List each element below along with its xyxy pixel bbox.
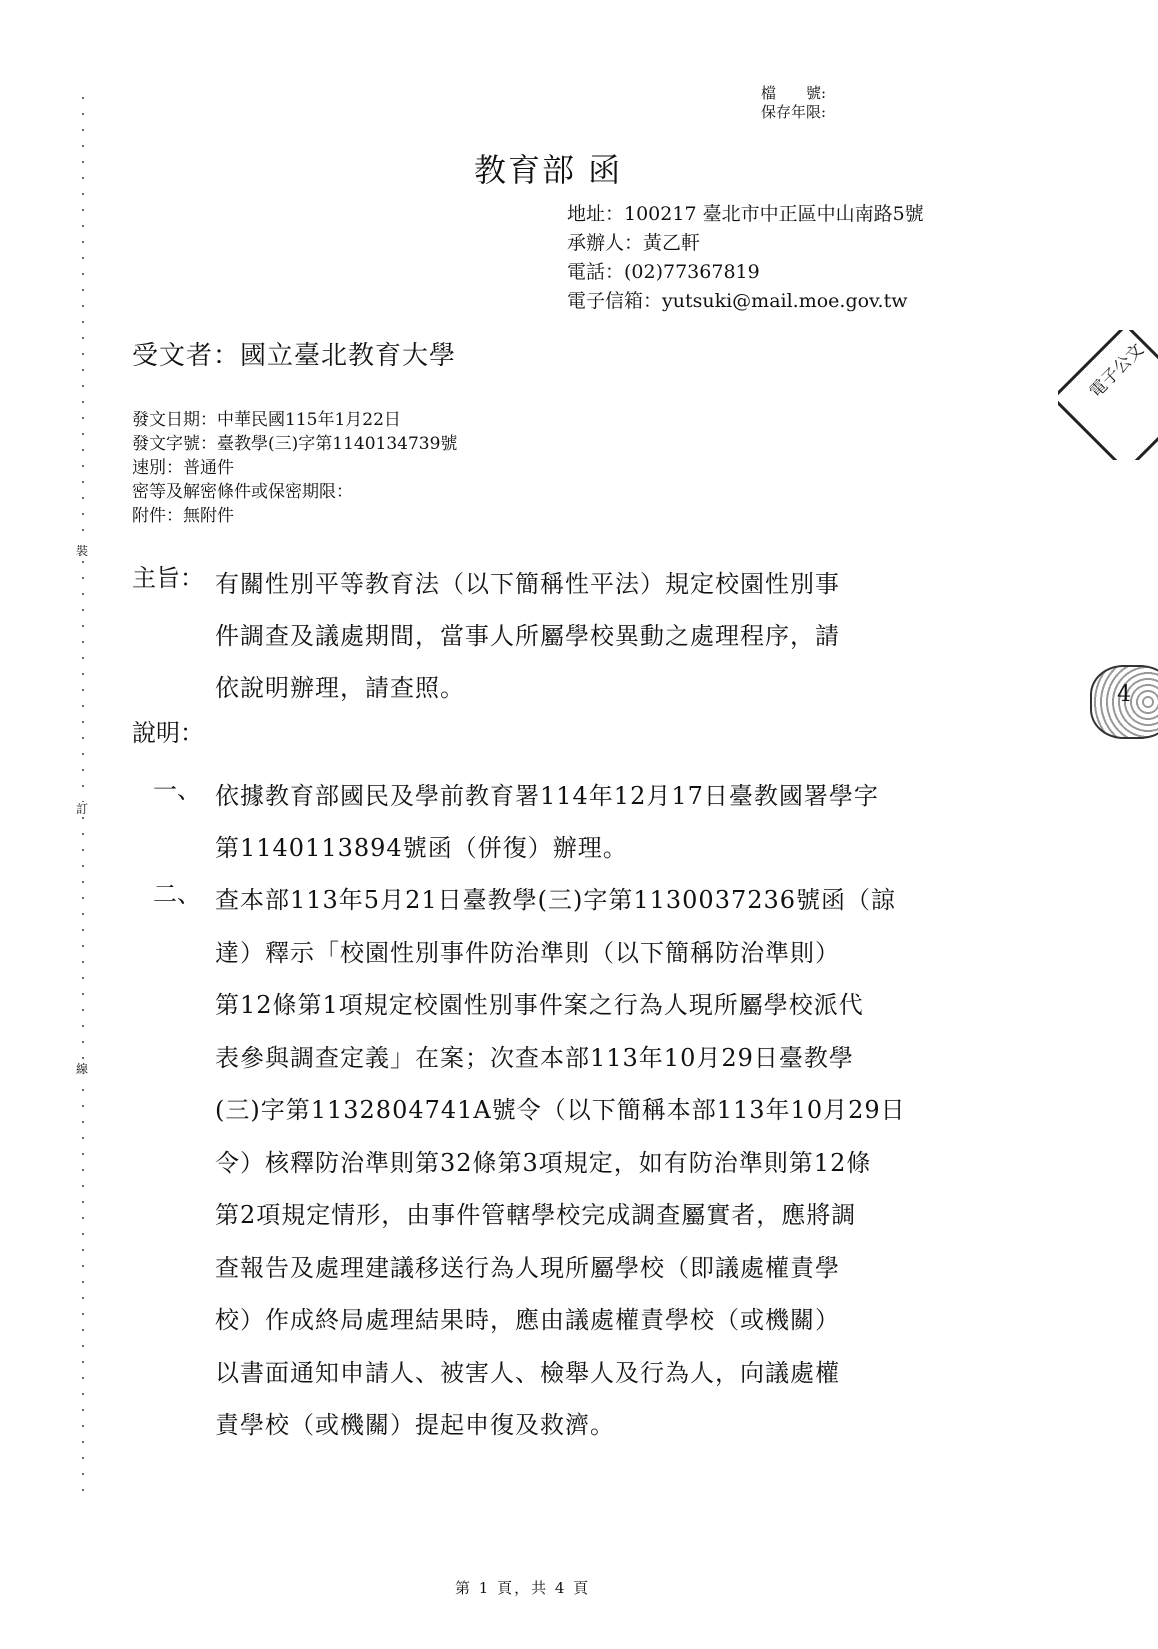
item-line: 第12條第1項規定校園性別事件案之行為人現所屬學校派代 [215, 979, 906, 1032]
archive-number-label: 檔 號: [761, 84, 826, 103]
item-line: 表參與調查定義」在案；次查本部113年10月29日臺教學 [215, 1032, 906, 1085]
item-line: 令）核釋防治準則第32條第3項規定，如有防治準則第12條 [215, 1137, 906, 1190]
item-line: 查報告及處理建議移送行為人現所屬學校（即議處權責學 [215, 1242, 906, 1295]
officer: 承辦人：黃乙軒 [567, 229, 924, 258]
explanation-item-2: 查本部113年5月21日臺教學(三)字第1130037236號函（諒 達）釋示「… [215, 874, 906, 1452]
item-line: 查本部113年5月21日臺教學(三)字第1130037236號函（諒 [215, 874, 906, 927]
page-footer: 第 1 頁，共 4 頁 [455, 1577, 590, 1598]
page-seal: 4 [1085, 660, 1158, 740]
item-line: 責學校（或機關）提起申復及救濟。 [215, 1399, 906, 1452]
recipient: 受文者：國立臺北教育大學 [132, 335, 456, 372]
item-line: 第1140113894號函（併復）辦理。 [215, 822, 879, 874]
item-line: 達）釋示「校園性別事件防治準則（以下簡稱防治準則） [215, 927, 906, 980]
subject-line: 依說明辦理，請查照。 [215, 662, 840, 714]
phone: 電話：(02)77367819 [567, 258, 924, 287]
document-number: 發文字號：臺教學(三)字第1140134739號 [132, 432, 457, 456]
item-number: 一、 [153, 770, 201, 805]
subject-line: 有關性別平等教育法（以下簡稱性平法）規定校園性別事 [215, 558, 840, 610]
speed-category: 速別：普通件 [132, 456, 457, 480]
item-line: 第2項規定情形，由事件管轄學校完成調查屬實者，應將調 [215, 1189, 906, 1242]
seal-number: 4 [1117, 682, 1131, 707]
email: 電子信箱：yutsuki@mail.moe.gov.tw [567, 287, 924, 316]
binding-mark-xian: 線 [76, 1062, 88, 1076]
item-line: 以書面通知申請人、被害人、檢舉人及行為人，向議處權 [215, 1347, 906, 1400]
item-line: (三)字第1132804741A號令（以下簡稱本部113年10月29日 [215, 1084, 906, 1137]
binding-mark-zhuang: 裝 [76, 544, 88, 558]
attachment: 附件：無附件 [132, 504, 457, 528]
subject-line: 件調查及議處期間，當事人所屬學校異動之處理程序，請 [215, 610, 840, 662]
document-title: 教育部 函 [474, 145, 622, 191]
address: 地址：100217 臺北市中正區中山南路5號 [567, 200, 924, 229]
explanation-item-1: 依據教育部國民及學前教育署114年12月17日臺教國署學字 第114011389… [215, 770, 879, 874]
document-meta: 發文日期：中華民國115年1月22日 發文字號：臺教學(三)字第11401347… [132, 408, 457, 528]
binding-dotted-line [82, 90, 84, 1500]
subject-body: 有關性別平等教育法（以下簡稱性平法）規定校園性別事 件調查及議處期間，當事人所屬… [215, 558, 840, 714]
item-line: 校）作成終局處理結果時，應由議處權責學校（或機關） [215, 1294, 906, 1347]
subject-label: 主旨： [132, 558, 204, 593]
issue-date: 發文日期：中華民國115年1月22日 [132, 408, 457, 432]
contact-block: 地址：100217 臺北市中正區中山南路5號 承辦人：黃乙軒 電話：(02)77… [567, 200, 924, 316]
explanation-label: 說明： [132, 713, 204, 748]
archive-info: 檔 號: 保存年限: [761, 84, 826, 122]
item-line: 依據教育部國民及學前教育署114年12月17日臺教國署學字 [215, 770, 879, 822]
item-number: 二、 [153, 874, 201, 909]
retention-period-label: 保存年限: [761, 103, 826, 122]
binding-mark-ding: 訂 [76, 802, 88, 816]
classification: 密等及解密條件或保密期限： [132, 480, 457, 504]
electronic-document-stamp: 電子公文 [1058, 330, 1158, 460]
